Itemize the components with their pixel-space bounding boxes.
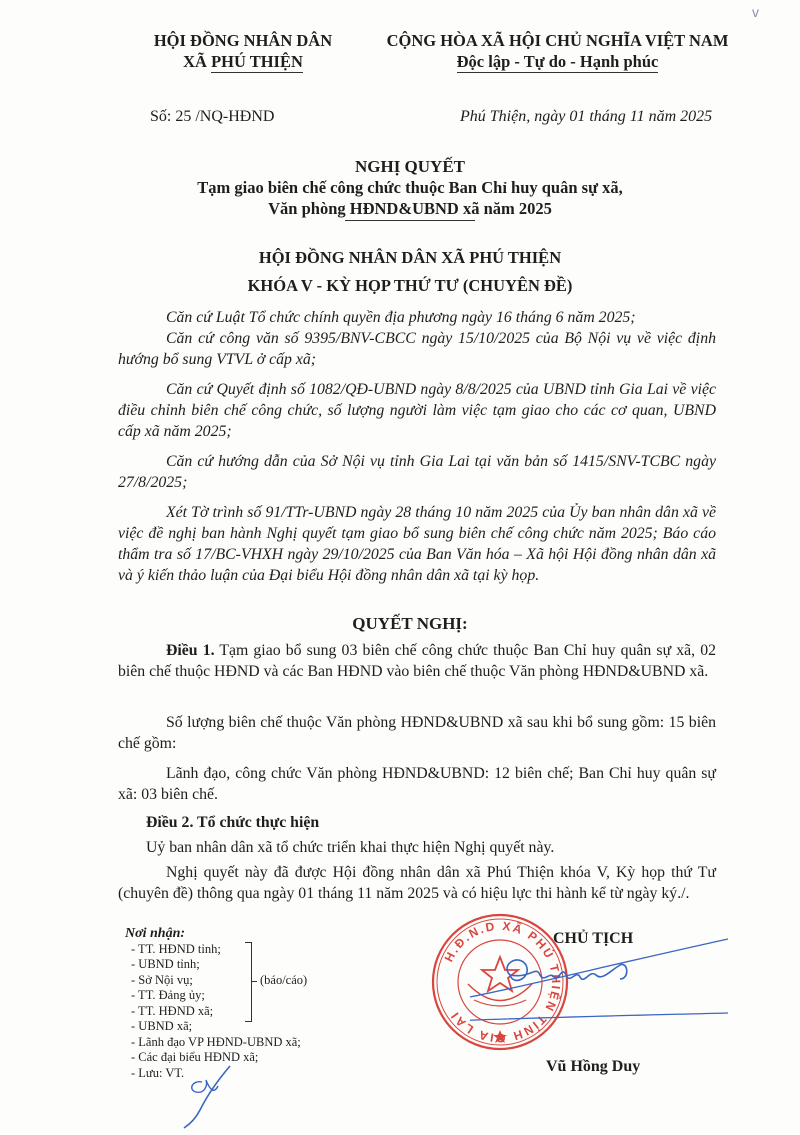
title-divider (345, 220, 475, 221)
document-type: NGHỊ QUYẾT (110, 156, 710, 177)
article-1-label: Điều 1. (166, 642, 215, 659)
preamble-text: Căn cứ Luật Tổ chức chính quyền địa phươ… (166, 309, 636, 326)
article-1-para3-text: Lãnh đạo, công chức Văn phòng HĐND&UBND:… (118, 765, 716, 803)
article-1: Điều 1. Tạm giao bổ sung 03 biên chế côn… (118, 640, 716, 682)
preamble-5: Xét Tờ trình số 91/TTr-UBND ngày 28 thán… (118, 502, 716, 586)
council-name: HỘI ĐỒNG NHÂN DÂN XÃ PHÚ THIỆN (110, 244, 710, 272)
preamble-text: Căn cứ hướng dẫn của Sở Nội vụ tỉnh Gia … (118, 453, 716, 491)
recipient-item: - TT. HĐND tỉnh; (125, 942, 301, 958)
recipient-bracket-tick (251, 981, 257, 982)
recipient-item: - Lãnh đạo VP HĐND-UBND xã; (125, 1035, 301, 1051)
place-date: Phú Thiện, ngày 01 tháng 11 năm 2025 (460, 108, 712, 126)
document-number: Số: 25 /NQ-HĐND (150, 108, 274, 126)
preamble-1: Căn cứ Luật Tổ chức chính quyền địa phươ… (118, 307, 716, 328)
article-1-para2: Số lượng biên chế thuộc Văn phòng HĐND&U… (118, 712, 716, 754)
document-subject-line1: Tạm giao biên chế công chức thuộc Ban Ch… (110, 177, 710, 198)
document-subject-line2: Văn phòng HĐND&UBND xã năm 2025 (268, 200, 552, 219)
recipients-title: Nơi nhận: (125, 926, 301, 942)
article-2-heading-text: Điều 2. Tổ chức thực hiện (146, 814, 319, 831)
handwritten-signature-icon (470, 935, 730, 1025)
recipient-item: - TT. HĐND xã; (125, 1004, 301, 1020)
issuer-block: HỘI ĐỒNG NHÂN DÂN XÃ PHÚ THIỆN (118, 30, 368, 73)
preamble-4: Căn cứ hướng dẫn của Sở Nội vụ tỉnh Gia … (118, 451, 716, 493)
article-2-heading: Điều 2. Tổ chức thực hiện (118, 812, 716, 833)
scan-corner-mark: v (752, 4, 759, 20)
recipient-item: - UBND xã; (125, 1019, 301, 1035)
article-2-para1-text: Uỷ ban nhân dân xã tổ chức triển khai th… (146, 839, 554, 856)
chairman-name: Vũ Hồng Duy (546, 1058, 640, 1076)
national-header: CỘNG HÒA XÃ HỘI CHỦ NGHĨA VIỆT NAM Độc l… (355, 30, 760, 73)
recipient-item: - TT. Đảng ủy; (125, 988, 301, 1004)
issuer-line1: HỘI ĐỒNG NHÂN DÂN (118, 30, 368, 51)
resolves-heading: QUYẾT NGHỊ: (110, 614, 710, 634)
preamble-text: Căn cứ công văn số 9395/BNV-CBCC ngày 15… (118, 330, 716, 368)
article-2-para2: Nghị quyết này đã được Hội đồng nhân dân… (118, 862, 716, 904)
preamble-3: Căn cứ Quyết định số 1082/QĐ-UBND ngày 8… (118, 379, 716, 442)
issuer-commune: PHÚ THIỆN (211, 53, 303, 73)
council-block: HỘI ĐỒNG NHÂN DÂN XÃ PHÚ THIỆN KHÓA V - … (110, 244, 710, 300)
preamble-text: Căn cứ Quyết định số 1082/QĐ-UBND ngày 8… (118, 381, 716, 440)
preamble-text: Xét Tờ trình số 91/TTr-UBND ngày 28 thán… (118, 504, 716, 584)
chairman-title: CHỦ TỊCH (553, 930, 633, 948)
article-1-para2-text: Số lượng biên chế thuộc Văn phòng HĐND&U… (118, 714, 716, 752)
issuer-line2: XÃ PHÚ THIỆN (118, 51, 368, 73)
recipients-list: Nơi nhận: - TT. HĐND tỉnh; - UBND tỉnh; … (125, 926, 301, 1081)
preamble-2: Căn cứ công văn số 9395/BNV-CBCC ngày 15… (118, 328, 716, 370)
national-motto: Độc lập - Tự do - Hạnh phúc (457, 53, 659, 73)
recipient-item: - UBND tỉnh; (125, 957, 301, 973)
recipient-bracket (245, 942, 252, 1022)
issuer-line2-prefix: XÃ (183, 52, 211, 71)
initial-signature-icon (178, 1060, 238, 1130)
article-2-para2-text: Nghị quyết này đã được Hội đồng nhân dân… (118, 864, 716, 902)
article-1-para3: Lãnh đạo, công chức Văn phòng HĐND&UBND:… (118, 763, 716, 805)
article-2-para1: Uỷ ban nhân dân xã tổ chức triển khai th… (118, 837, 716, 858)
nation-name: CỘNG HÒA XÃ HỘI CHỦ NGHĨA VIỆT NAM (355, 30, 760, 51)
council-session: KHÓA V - KỲ HỌP THỨ TƯ (CHUYÊN ĐỀ) (110, 272, 710, 300)
recipient-group-label: (báo/cáo) (260, 973, 307, 988)
document-title-block: NGHỊ QUYẾT Tạm giao biên chế công chức t… (110, 156, 710, 221)
